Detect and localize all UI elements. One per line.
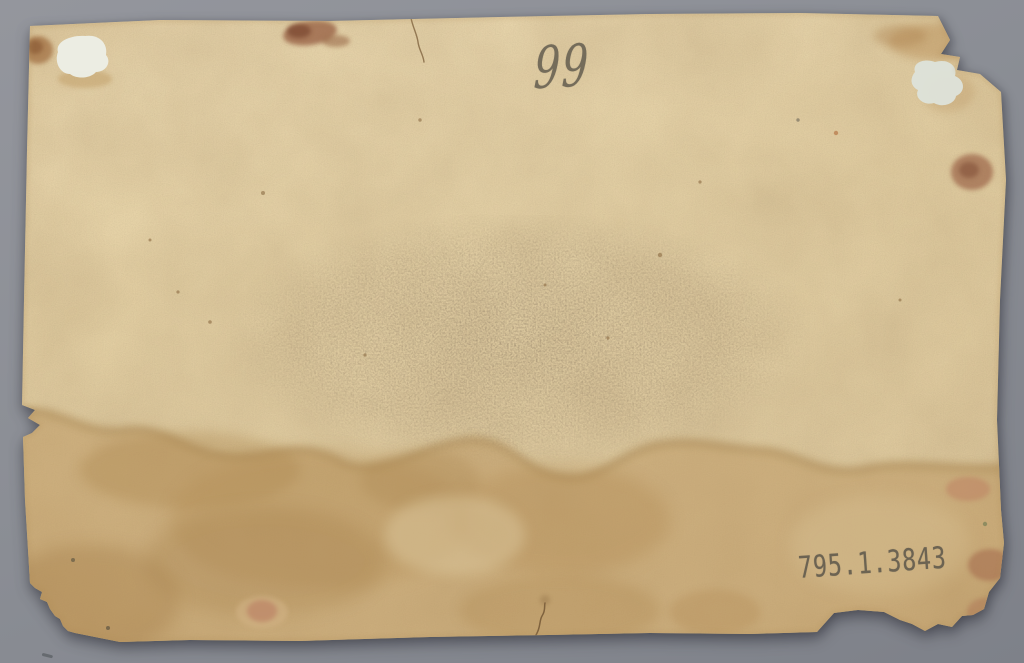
paper-sheet: [0, 0, 1024, 663]
backdrop-debris-speck: [42, 653, 53, 659]
paper-photo-svg: [0, 0, 1024, 663]
edge-vignette: [0, 0, 1024, 663]
photo-of-paper-verso: 99 795.1.3843: [0, 0, 1024, 663]
